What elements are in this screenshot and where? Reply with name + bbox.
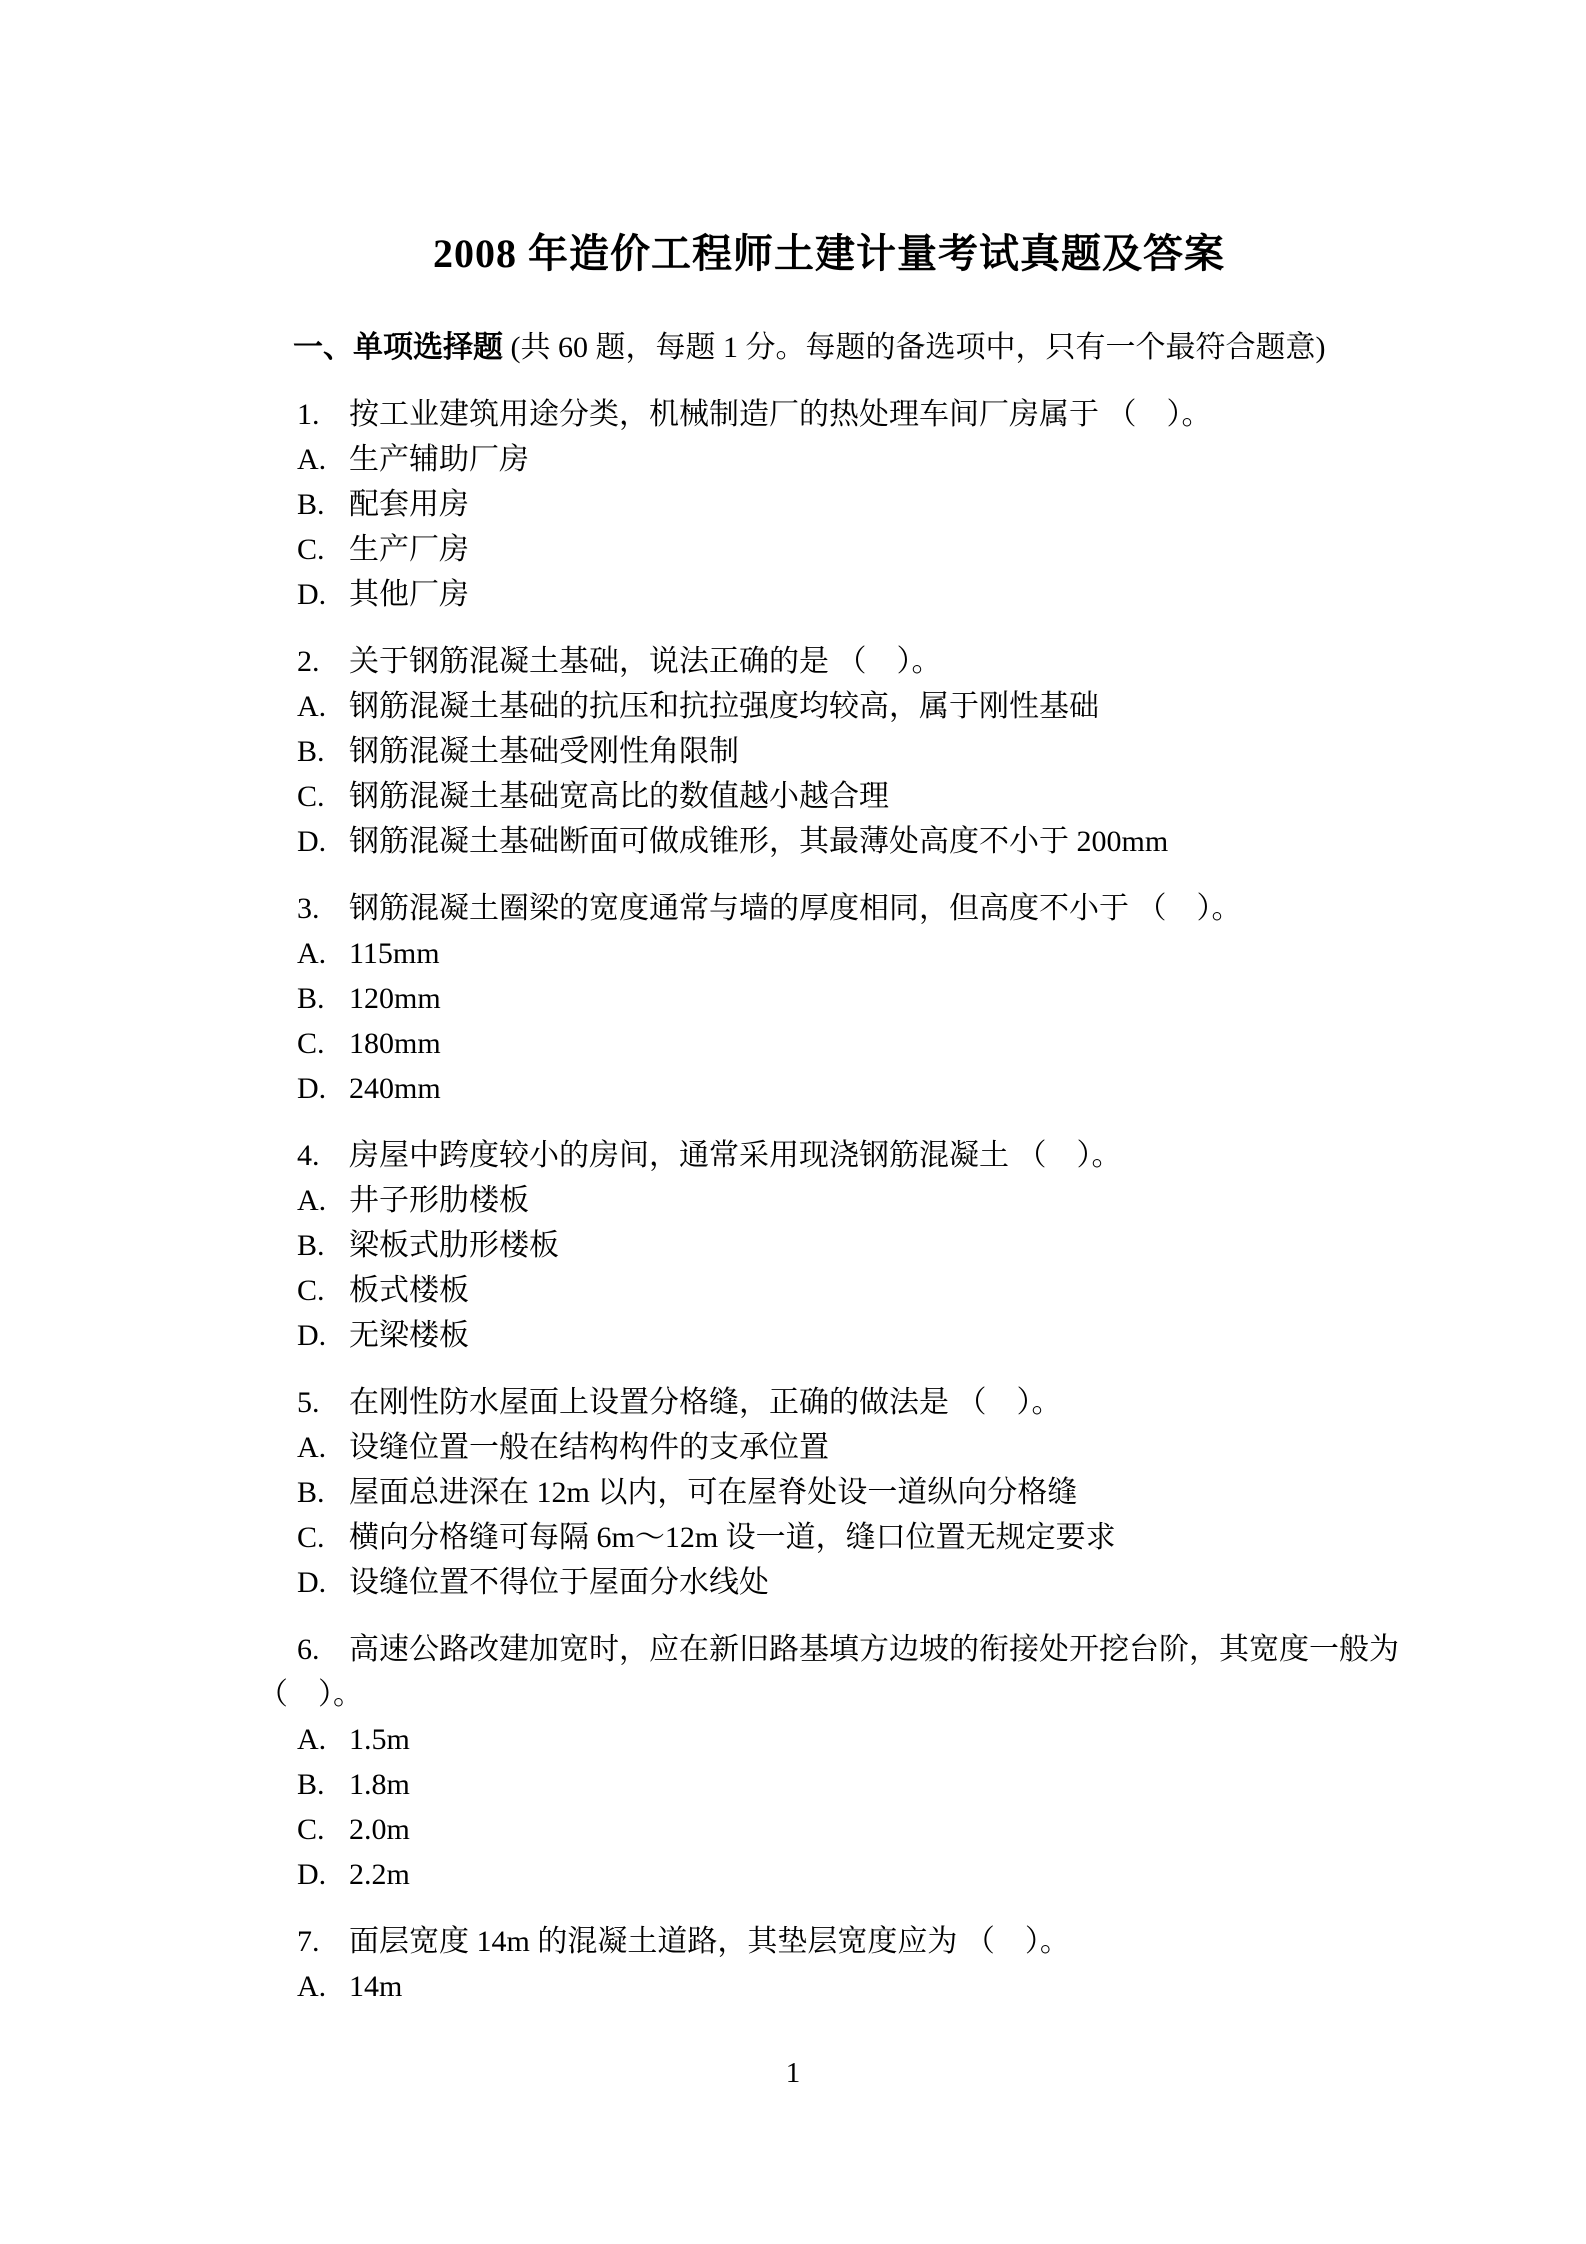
option: D.2.2m xyxy=(258,1852,1400,1897)
option-text: 横向分格缝可每隔 6m～12m 设一道，缝口位置无规定要求 xyxy=(349,1521,1116,1554)
document-content: 2008 年造价工程师土建计量考试真题及答案 一、单项选择题 (共 60 题，每… xyxy=(258,0,1400,2009)
option: C.钢筋混凝土基础宽高比的数值越小越合理 xyxy=(258,774,1400,819)
option: D.钢筋混凝土基础断面可做成锥形，其最薄处高度不小于 200mm xyxy=(258,819,1400,864)
option-text: 180mm xyxy=(349,1027,441,1060)
option: C.180mm xyxy=(258,1021,1400,1066)
option: D.设缝位置不得位于屋面分水线处 xyxy=(258,1560,1400,1605)
option-text: 钢筋混凝土基础断面可做成锥形，其最薄处高度不小于 200mm xyxy=(349,825,1168,858)
question-stem: 6.高速公路改建加宽时，应在新旧路基填方边坡的衔接处开挖台阶，其宽度一般为 xyxy=(258,1627,1400,1672)
option-label: D. xyxy=(297,1066,349,1111)
page-title: 2008 年造价工程师土建计量考试真题及答案 xyxy=(258,230,1400,278)
exam-document-page: 2008 年造价工程师土建计量考试真题及答案 一、单项选择题 (共 60 题，每… xyxy=(0,0,1586,2244)
question-number: 1. xyxy=(297,392,349,437)
option-label: A. xyxy=(297,1717,349,1762)
option-text: 钢筋混凝土基础宽高比的数值越小越合理 xyxy=(349,780,889,813)
question-number: 2. xyxy=(297,639,349,684)
option-text: 井子形肋楼板 xyxy=(349,1184,529,1217)
option-text: 120mm xyxy=(349,982,441,1015)
option: B.屋面总进深在 12m 以内，可在屋脊处设一道纵向分格缝 xyxy=(258,1470,1400,1515)
option-label: D. xyxy=(297,1560,349,1605)
question-3: 3.钢筋混凝土圈梁的宽度通常与墙的厚度相同，但高度不小于 （ ）。 A.115m… xyxy=(258,886,1400,1111)
option-label: D. xyxy=(297,1852,349,1897)
option-text: 1.5m xyxy=(349,1723,410,1756)
option-label: B. xyxy=(297,1223,349,1268)
option: D.其他厂房 xyxy=(258,572,1400,617)
option: C.2.0m xyxy=(258,1807,1400,1852)
option-label: D. xyxy=(297,819,349,864)
option-label: C. xyxy=(297,774,349,819)
question-6: 6.高速公路改建加宽时，应在新旧路基填方边坡的衔接处开挖台阶，其宽度一般为 （ … xyxy=(258,1627,1400,1897)
option-text: 无梁楼板 xyxy=(349,1319,469,1352)
option-label: B. xyxy=(297,729,349,774)
question-number: 4. xyxy=(297,1133,349,1178)
option-label: A. xyxy=(297,437,349,482)
question-number: 6. xyxy=(297,1627,349,1672)
option-label: B. xyxy=(297,1470,349,1515)
question-stem-text: 关于钢筋混凝土基础，说法正确的是 （ ）。 xyxy=(349,645,942,678)
option: D.无梁楼板 xyxy=(258,1313,1400,1358)
option-text: 梁板式肋形楼板 xyxy=(349,1229,559,1262)
question-stem-wrap: （ ）。 xyxy=(258,1672,1400,1717)
question-stem-text: 按工业建筑用途分类，机械制造厂的热处理车间厂房属于 （ ）。 xyxy=(349,398,1212,431)
option: A.115mm xyxy=(258,931,1400,976)
option: A.设缝位置一般在结构构件的支承位置 xyxy=(258,1425,1400,1470)
question-stem: 4.房屋中跨度较小的房间，通常采用现浇钢筋混凝土 （ ）。 xyxy=(258,1133,1400,1178)
option-label: A. xyxy=(297,931,349,976)
question-1: 1.按工业建筑用途分类，机械制造厂的热处理车间厂房属于 （ ）。 A.生产辅助厂… xyxy=(258,392,1400,617)
option: A.钢筋混凝土基础的抗压和抗拉强度均较高，属于刚性基础 xyxy=(258,684,1400,729)
option-label: D. xyxy=(297,572,349,617)
option-text: 屋面总进深在 12m 以内，可在屋脊处设一道纵向分格缝 xyxy=(349,1476,1077,1509)
question-stem: 1.按工业建筑用途分类，机械制造厂的热处理车间厂房属于 （ ）。 xyxy=(258,392,1400,437)
option: B.钢筋混凝土基础受刚性角限制 xyxy=(258,729,1400,774)
page-number: 1 xyxy=(0,2051,1586,2096)
option-label: B. xyxy=(297,976,349,1021)
question-number: 7. xyxy=(297,1919,349,1964)
question-stem: 5.在刚性防水屋面上设置分格缝，正确的做法是 （ ）。 xyxy=(258,1380,1400,1425)
section-heading: 一、单项选择题 xyxy=(293,331,503,364)
option-label: B. xyxy=(297,482,349,527)
option: A.14m xyxy=(258,1964,1400,2009)
option-label: A. xyxy=(297,1178,349,1223)
option-text: 钢筋混凝土基础的抗压和抗拉强度均较高，属于刚性基础 xyxy=(349,690,1099,723)
option-label: C. xyxy=(297,1515,349,1560)
option-label: C. xyxy=(297,527,349,572)
option-text: 生产厂房 xyxy=(349,533,469,566)
question-7: 7.面层宽度 14m 的混凝土道路，其垫层宽度应为 （ ）。 A.14m xyxy=(258,1919,1400,2009)
option: B.梁板式肋形楼板 xyxy=(258,1223,1400,1268)
question-stem-text: 面层宽度 14m 的混凝土道路，其垫层宽度应为 （ ）。 xyxy=(349,1925,1070,1958)
question-stem-text: 在刚性防水屋面上设置分格缝，正确的做法是 （ ）。 xyxy=(349,1386,1062,1419)
option-text: 生产辅助厂房 xyxy=(349,443,529,476)
option-label: A. xyxy=(297,1964,349,2009)
option-label: D. xyxy=(297,1313,349,1358)
question-stem: 7.面层宽度 14m 的混凝土道路，其垫层宽度应为 （ ）。 xyxy=(258,1919,1400,1964)
option: A.井子形肋楼板 xyxy=(258,1178,1400,1223)
section-note: (共 60 题，每题 1 分。每题的备选项中，只有一个最符合题意) xyxy=(511,331,1326,364)
option-text: 设缝位置不得位于屋面分水线处 xyxy=(349,1566,769,1599)
option: C.生产厂房 xyxy=(258,527,1400,572)
option: A.生产辅助厂房 xyxy=(258,437,1400,482)
option: B.1.8m xyxy=(258,1762,1400,1807)
question-stem-text: 房屋中跨度较小的房间，通常采用现浇钢筋混凝土 （ ）。 xyxy=(349,1139,1122,1172)
option-label: C. xyxy=(297,1807,349,1852)
option: D.240mm xyxy=(258,1066,1400,1111)
option: A.1.5m xyxy=(258,1717,1400,1762)
option-text: 1.8m xyxy=(349,1768,410,1801)
option-text: 钢筋混凝土基础受刚性角限制 xyxy=(349,735,739,768)
option-label: C. xyxy=(297,1268,349,1313)
option-text: 240mm xyxy=(349,1072,441,1105)
option-label: A. xyxy=(297,684,349,729)
option: C.横向分格缝可每隔 6m～12m 设一道，缝口位置无规定要求 xyxy=(258,1515,1400,1560)
option-label: A. xyxy=(297,1425,349,1470)
section-intro: 一、单项选择题 (共 60 题，每题 1 分。每题的备选项中，只有一个最符合题意… xyxy=(258,325,1400,370)
option-text: 14m xyxy=(349,1970,402,2003)
question-number: 5. xyxy=(297,1380,349,1425)
question-number: 3. xyxy=(297,886,349,931)
question-stem: 2.关于钢筋混凝土基础，说法正确的是 （ ）。 xyxy=(258,639,1400,684)
question-5: 5.在刚性防水屋面上设置分格缝，正确的做法是 （ ）。 A.设缝位置一般在结构构… xyxy=(258,1380,1400,1605)
option-text: 板式楼板 xyxy=(349,1274,469,1307)
option: C.板式楼板 xyxy=(258,1268,1400,1313)
option-text: 2.0m xyxy=(349,1813,410,1846)
option-label: C. xyxy=(297,1021,349,1066)
question-stem: 3.钢筋混凝土圈梁的宽度通常与墙的厚度相同，但高度不小于 （ ）。 xyxy=(258,886,1400,931)
option-label: B. xyxy=(297,1762,349,1807)
option: B.120mm xyxy=(258,976,1400,1021)
option-text: 115mm xyxy=(349,937,440,970)
question-4: 4.房屋中跨度较小的房间，通常采用现浇钢筋混凝土 （ ）。 A.井子形肋楼板 B… xyxy=(258,1133,1400,1358)
option-text: 配套用房 xyxy=(349,488,469,521)
question-2: 2.关于钢筋混凝土基础，说法正确的是 （ ）。 A.钢筋混凝土基础的抗压和抗拉强… xyxy=(258,639,1400,864)
question-stem-text: 钢筋混凝土圈梁的宽度通常与墙的厚度相同，但高度不小于 （ ）。 xyxy=(349,892,1242,925)
option-text: 其他厂房 xyxy=(349,578,469,611)
option: B.配套用房 xyxy=(258,482,1400,527)
question-stem-text: 高速公路改建加宽时，应在新旧路基填方边坡的衔接处开挖台阶，其宽度一般为 xyxy=(349,1633,1399,1666)
option-text: 设缝位置一般在结构构件的支承位置 xyxy=(349,1431,829,1464)
option-text: 2.2m xyxy=(349,1858,410,1891)
